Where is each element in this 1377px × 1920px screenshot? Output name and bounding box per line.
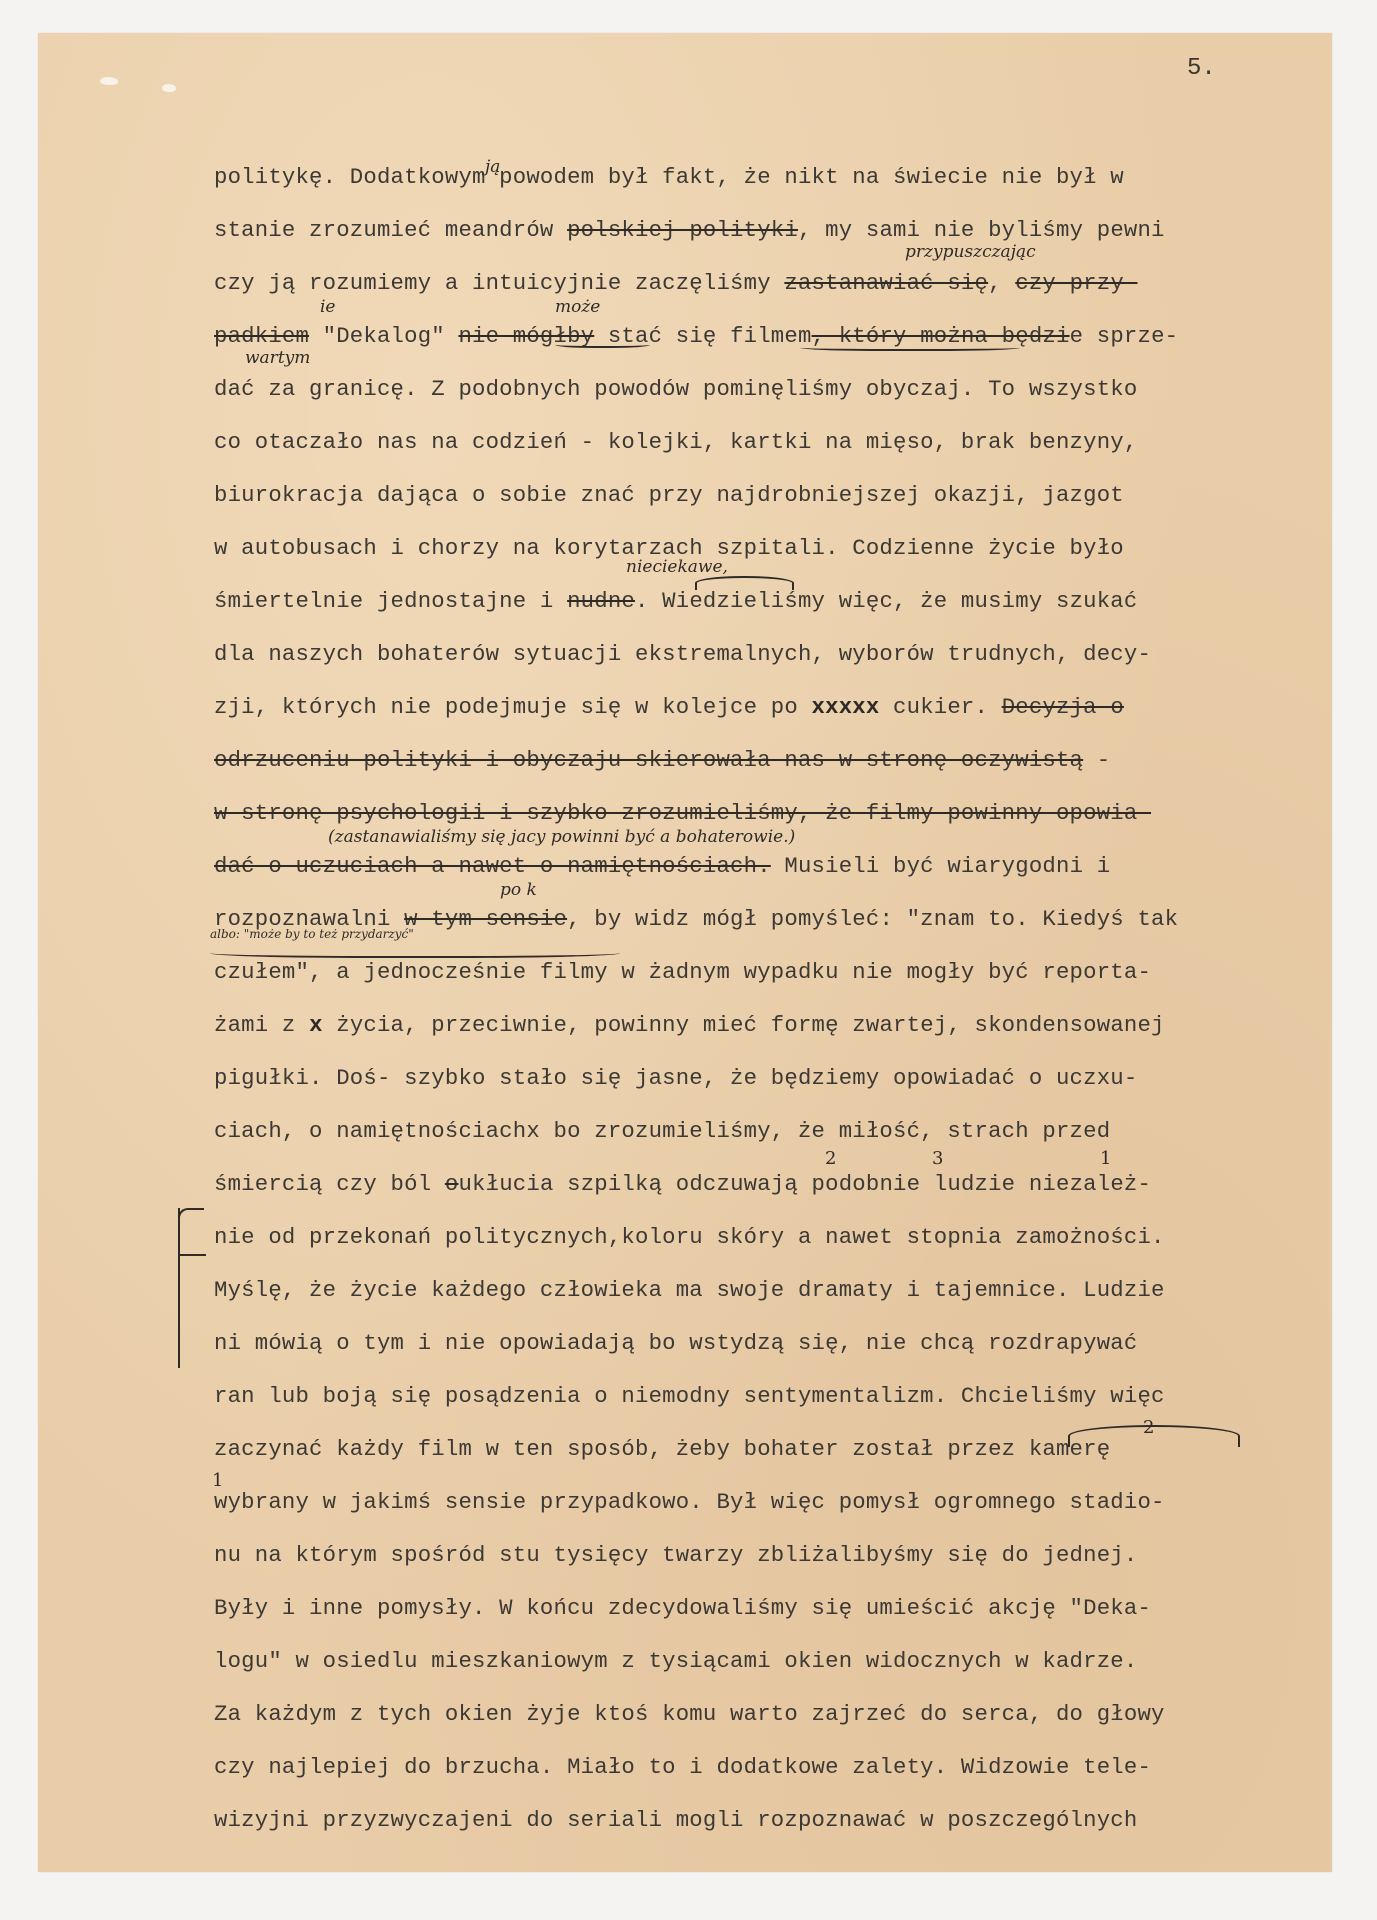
- typed-text: ,: [988, 270, 1015, 296]
- punch-hole: [100, 77, 118, 85]
- handwritten-note: przypuszczając: [905, 242, 1036, 262]
- handwritten-note: (zastanawialiśmy się jacy powinni być a …: [328, 827, 795, 847]
- typed-line: co otaczało nas na codzień - kolejki, ka…: [214, 425, 1344, 478]
- handwritten-note: ie: [320, 297, 336, 317]
- typed-line: nu na którym spośród stu tysięcy twarzy …: [214, 1538, 1344, 1591]
- typed-text: -: [1083, 747, 1110, 773]
- page-number: 5.: [1187, 55, 1216, 82]
- typed-line: padkiem "Dekalog" nie mógłby stać się fi…: [214, 319, 1344, 372]
- typed-text: e sprze-: [1070, 323, 1179, 349]
- struck-out-text: Decyzja o: [1002, 694, 1124, 720]
- typed-text: politykę. Dodatkowym powodem był fakt, ż…: [214, 164, 1124, 190]
- typed-line: czy najlepiej do brzucha. Miało to i dod…: [214, 1750, 1344, 1803]
- handwritten-insert-arc: [695, 576, 794, 590]
- typed-text: , my sami nie byliśmy pewni: [798, 217, 1165, 243]
- handwritten-note: 1: [212, 1470, 223, 1491]
- margin-bracket-mark: [178, 1208, 210, 1368]
- typed-text: czułem", a jednocześnie filmy w żadnym w…: [214, 959, 1151, 985]
- struck-out-text: w stronę psychologii i szybko zrozumieli…: [214, 800, 1151, 826]
- typed-line: czy ją rozumiemy a intuicyjnie zaczęliśm…: [214, 266, 1344, 319]
- typed-line: dać za granicę. Z podobnych powodów pomi…: [214, 372, 1344, 425]
- typed-text: ciach, o namiętnościachx bo zrozumieliśm…: [214, 1118, 1110, 1144]
- typed-line: wizyjni przyzwyczajeni do seriali mogli …: [214, 1803, 1344, 1856]
- typed-text: ukłucia szpilką odczuwają podobnie ludzi…: [458, 1171, 1151, 1197]
- typed-text: Były i inne pomysły. W końcu zdecydowali…: [214, 1595, 1151, 1621]
- typed-text: dla naszych bohaterów sytuacji ekstremal…: [214, 641, 1151, 667]
- typed-text: życia, przeciwnie, powinny mieć formę zw…: [323, 1012, 1165, 1038]
- typed-text: stanie zrozumieć meandrów: [214, 217, 567, 243]
- handwritten-note: po k: [500, 880, 537, 900]
- struck-out-text: zastanawiać się: [784, 270, 988, 296]
- handwritten-note: wartym: [245, 348, 310, 368]
- typed-line: czułem", a jednocześnie filmy w żadnym w…: [214, 955, 1344, 1008]
- struck-out-text: o: [445, 1171, 459, 1197]
- typed-line: żami z x życia, przeciwnie, powinny mieć…: [214, 1008, 1344, 1061]
- typed-text: nie od przekonań politycznych,koloru skó…: [214, 1224, 1165, 1250]
- typed-text: Za każdym z tych okien żyje ktoś komu wa…: [214, 1701, 1165, 1727]
- handwritten-brace: [210, 946, 620, 958]
- typed-text: dać za granicę. Z podobnych powodów pomi…: [214, 376, 1137, 402]
- typed-text: wybrany w jakimś sensie przypadkowo. Był…: [214, 1489, 1165, 1515]
- typed-line: Myślę, że życie każdego człowieka ma swo…: [214, 1273, 1344, 1326]
- typed-text: wizyjni przyzwyczajeni do seriali mogli …: [214, 1807, 1137, 1833]
- punch-hole: [162, 84, 176, 92]
- typed-line: pigułki. Doś- szybko stało się jasne, że…: [214, 1061, 1344, 1114]
- handwritten-note: 3: [932, 1148, 943, 1169]
- typed-line: zji, których nie podejmuje się w kolejce…: [214, 690, 1344, 743]
- typed-text: "Dekalog": [309, 323, 458, 349]
- handwritten-note: może: [555, 297, 600, 317]
- struck-out-text: odrzuceniu polityki i obyczaju skierował…: [214, 747, 1083, 773]
- typed-text: logu" w osiedlu mieszkaniowym z tysiącam…: [214, 1648, 1137, 1674]
- typed-text: śmiercią czy ból: [214, 1171, 445, 1197]
- typed-line: nie od przekonań politycznych,koloru skó…: [214, 1220, 1344, 1273]
- struck-out-text: dać o uczuciach a nawet o namiętnościach…: [214, 853, 771, 879]
- typed-line: Były i inne pomysły. W końcu zdecydowali…: [214, 1591, 1344, 1644]
- typed-text: pigułki. Doś- szybko stało się jasne, że…: [214, 1065, 1137, 1091]
- typed-text: zji, których nie podejmuje się w kolejce…: [214, 694, 812, 720]
- handwritten-transpose-arc: [1068, 1425, 1240, 1447]
- typed-text: żami z: [214, 1012, 309, 1038]
- typed-text: śmiertelnie jednostajne i: [214, 588, 567, 614]
- typed-text: x: [309, 1012, 323, 1038]
- typed-text: czy najlepiej do brzucha. Miało to i dod…: [214, 1754, 1151, 1780]
- typed-text: cukier.: [879, 694, 1001, 720]
- struck-out-text: czy przy-: [1015, 270, 1137, 296]
- typed-text: co otaczało nas na codzień - kolejki, ka…: [214, 429, 1137, 455]
- typed-line: odrzuceniu polityki i obyczaju skierował…: [214, 743, 1344, 796]
- typed-line: śmiercią czy ból oukłucia szpilką odczuw…: [214, 1167, 1344, 1220]
- typed-line: śmiertelnie jednostajne i nudne. Wiedzie…: [214, 584, 1344, 637]
- handwritten-note: albo: "może by to też przydarzyć": [210, 927, 414, 941]
- typed-line: Za każdym z tych okien żyje ktoś komu wa…: [214, 1697, 1344, 1750]
- struck-out-text: w tym sensie: [404, 906, 567, 932]
- typed-text: xxxxx: [812, 694, 880, 720]
- typed-text: , by widz mógł pomyśleć: "znam to. Kiedy…: [567, 906, 1178, 932]
- handwritten-note: 2: [825, 1148, 836, 1169]
- typed-line: dla naszych bohaterów sytuacji ekstremal…: [214, 637, 1344, 690]
- handwritten-note: 1: [1100, 1148, 1111, 1169]
- handwritten-underline: [800, 343, 1020, 351]
- typed-line: ciach, o namiętnościachx bo zrozumieliśm…: [214, 1114, 1344, 1167]
- typed-line: w autobusach i chorzy na korytarzach szp…: [214, 531, 1344, 584]
- typed-line: biurokracja dająca o sobie znać przy naj…: [214, 478, 1344, 531]
- typed-text: . Wiedzieliśmy więc, że musimy szukać: [635, 588, 1137, 614]
- typed-text: zaczynać każdy film w ten sposób, żeby b…: [214, 1436, 1110, 1462]
- typed-text: Myślę, że życie każdego człowieka ma swo…: [214, 1277, 1165, 1303]
- typed-line: ni mówią o tym i nie opowiadają bo wstyd…: [214, 1326, 1344, 1379]
- typed-line: politykę. Dodatkowym powodem był fakt, ż…: [214, 160, 1344, 213]
- typed-text: biurokracja dająca o sobie znać przy naj…: [214, 482, 1124, 508]
- typed-text: czy ją rozumiemy a intuicyjnie zaczęliśm…: [214, 270, 784, 296]
- typed-line: stanie zrozumieć meandrów polskiej polit…: [214, 213, 1344, 266]
- typed-text: Musieli być wiarygodni i: [771, 853, 1111, 879]
- struck-out-text: padkiem: [214, 323, 309, 349]
- struck-out-text: polskiej polityki: [567, 217, 798, 243]
- handwritten-underline: [555, 340, 650, 348]
- handwritten-note: ją: [485, 157, 500, 177]
- typed-line: dać o uczuciach a nawet o namiętnościach…: [214, 849, 1344, 902]
- typed-text: ni mówią o tym i nie opowiadają bo wstyd…: [214, 1330, 1137, 1356]
- typed-line: wybrany w jakimś sensie przypadkowo. Był…: [214, 1485, 1344, 1538]
- typed-line: ran lub boją się posądzenia o niemodny s…: [214, 1379, 1344, 1432]
- handwritten-note: nieciekawe,: [626, 557, 728, 577]
- typed-text: nu na którym spośród stu tysięcy twarzy …: [214, 1542, 1137, 1568]
- typed-text: ran lub boją się posądzenia o niemodny s…: [214, 1383, 1165, 1409]
- struck-out-text: nudne: [567, 588, 635, 614]
- typescript-body: politykę. Dodatkowym powodem był fakt, ż…: [214, 160, 1344, 1856]
- typed-line: logu" w osiedlu mieszkaniowym z tysiącam…: [214, 1644, 1344, 1697]
